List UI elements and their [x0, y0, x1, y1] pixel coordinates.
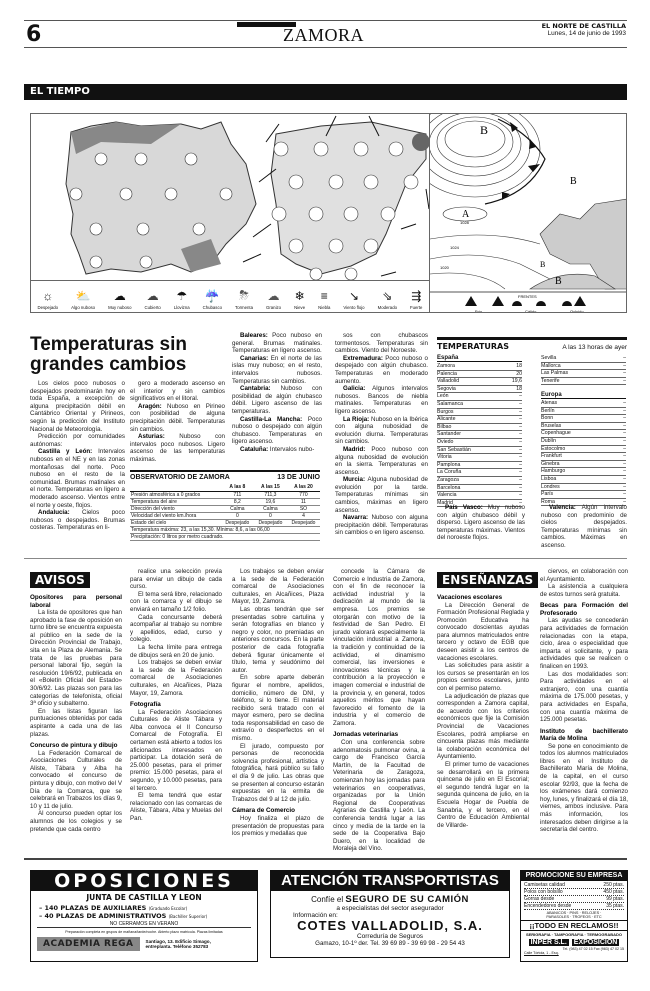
- paragraph: Madrid: Poco nuboso con alguna nubosidad…: [335, 446, 428, 476]
- table-row: Vitoria–: [437, 454, 522, 462]
- paragraph: Cada concursante deberá acompañar al tra…: [130, 614, 222, 644]
- paragraph: Asturias: Nuboso con intervalos poco nub…: [130, 433, 225, 463]
- paragraph: Al concurso pueden optar los alumnos de …: [30, 810, 122, 833]
- ad-address: Santiago, 13. Edificio Simago, entreplan…: [146, 939, 236, 950]
- storm-icon: ⛈: [239, 288, 249, 303]
- svg-text:B: B: [540, 260, 545, 269]
- paragraph: sos con chubascos tormentosos. Temperatu…: [335, 332, 428, 355]
- table-row: Precipitación: 0 litros por metro cuadra…: [130, 533, 320, 540]
- table-row: Frankfurt–: [541, 453, 626, 461]
- ad-banner: NO CERRAMOS EN VERANO: [37, 922, 251, 928]
- avisos-heading: AVISOS: [30, 571, 90, 589]
- paragraph: La adjudicación de plazas que correspond…: [437, 693, 529, 761]
- avisos-col-2: realice una selección previa para enviar…: [130, 568, 222, 823]
- observatory-title: OBSERVATORIO DE ZAMORA: [130, 474, 230, 481]
- ad-address: Gamazo, 10-1º der. Tel. 39 69 89 - 39 69…: [271, 940, 509, 947]
- table-row: Presión atmosférica a 0 grados711711,377…: [130, 491, 320, 498]
- table-row: Las Palmas–: [541, 370, 626, 378]
- paragraph: Las obras tendrán que ser presentadas so…: [232, 606, 324, 674]
- wind-strong-icon: ⇶: [411, 289, 421, 303]
- ad-line: Confíe el SEGURO DE SU CAMIÓN: [271, 894, 509, 905]
- table-row: Palencia20: [437, 371, 522, 379]
- table-row: La Coruña–: [437, 469, 522, 477]
- ensenanzas-heading: ENSEÑANZAS: [437, 571, 538, 589]
- weather-col-4: sos con chubascos tormentosos. Temperatu…: [335, 332, 428, 537]
- header-top-rule: [24, 20, 627, 21]
- table-row: Copenhague–: [541, 430, 626, 438]
- paragraph: Con una conferencia sobre adenomatosis p…: [333, 739, 425, 853]
- legend-item: ⇘Moderado: [378, 289, 397, 310]
- paragraph: realice una selección previa para enviar…: [130, 568, 222, 591]
- wind-light-icon: ↘: [349, 289, 359, 303]
- paragraph: Canarias: En el norte de las islas muy n…: [232, 355, 322, 385]
- paragraph: La Federación Comarcal de Asociaciones C…: [30, 750, 122, 811]
- paragraph: Extremadura: Poco nuboso o despejado con…: [335, 355, 428, 385]
- legend-item: ❄Nieve: [294, 289, 305, 310]
- paragraph: Las solicitudes para asistir a los curso…: [437, 662, 529, 692]
- newspaper-name: EL NORTE DE CASTILLA: [542, 22, 626, 30]
- subheading: Cámara de Comercio: [232, 807, 324, 815]
- legend-item: ⛅Algo nuboso: [71, 289, 95, 310]
- paragraph: La fecha límite para entrega de dibujos …: [130, 644, 222, 659]
- table-row: Pamplona–: [437, 462, 522, 470]
- observatory-table: OBSERVATORIO DE ZAMORA13 DE JUNIO A las …: [130, 470, 320, 541]
- svg-text:B: B: [570, 176, 577, 187]
- ad-transportistas-title: ATENCIÓN TRANSPORTISTAS: [271, 871, 509, 891]
- legend-item: ↘Viento flojo: [343, 289, 364, 310]
- weather-map: [30, 113, 430, 281]
- paragraph: Castilla y León: Intervalos nubosos en e…: [30, 448, 125, 509]
- paragraph: Los cielos poco nubosos o despejados pre…: [30, 380, 125, 433]
- paragraph: Navarra: Nuboso con alguna precipitación…: [335, 514, 428, 537]
- table-row: Hamburgo–: [541, 468, 626, 476]
- ensenanzas-col-2: ciervos, en colaboración con el Ayuntami…: [540, 568, 628, 834]
- weather-legend: ☼Despejado ⛅Algo nuboso ☁Muy nuboso ☁Cub…: [30, 281, 430, 313]
- paragraph: Galicia: Algunos intervalos nubosos. Ban…: [335, 385, 428, 415]
- paragraph: La asistencia a cualquiera de estos turn…: [540, 583, 628, 598]
- weather-band: EL TIEMPO: [24, 84, 627, 100]
- ad-promo-title: PROMOCIONE SU EMPRESA: [521, 871, 627, 881]
- paragraph: Los trabajos se deben enviar a la sede d…: [130, 659, 222, 697]
- legend-item: ≡Niebla: [318, 289, 330, 310]
- paragraph: Valencia: Algún intervalo nuboso con pre…: [541, 504, 627, 550]
- ad-academy: ACADEMIA REGA: [37, 937, 140, 951]
- temperatures-spain: España Zamora18Palencia20Valladolid19,6S…: [437, 355, 522, 507]
- ad-company: COTES VALLADOLID, S.A.: [271, 919, 509, 933]
- ensenanzas-col-1: Vacaciones escolaresLa Dirección General…: [437, 590, 529, 829]
- shower-icon: ☔: [205, 289, 220, 303]
- table-row: Velocidad del viento km./hora004: [130, 512, 320, 519]
- table-row: León–: [437, 393, 522, 401]
- paragraph: Andalucía: Cielos poco nubosos o despeja…: [30, 509, 125, 532]
- paragraph: El tema tendrá que estar relacionado con…: [130, 792, 222, 822]
- ad-line: Correduría de Seguros: [271, 933, 509, 940]
- svg-text:1028: 1028: [460, 220, 470, 225]
- avisos-col-3: Los trabajos se deben enviar a la sede d…: [232, 568, 324, 838]
- paragraph: Castilla-La Mancha: Poco nuboso o despej…: [232, 416, 322, 446]
- price-row: Encendedores desde35 ptas.: [524, 903, 624, 910]
- cloudy-icon: ☁: [114, 289, 126, 303]
- paragraph: La Federación Asociaciones Culturales de…: [130, 709, 222, 793]
- table-row: Barcelona–: [437, 485, 522, 493]
- temperatures-subtitle: A las 13 horas de ayer: [562, 344, 627, 351]
- paragraph: Predicción por comunidades autónomas:: [30, 433, 125, 448]
- weather-col-6: Valencia: Algún intervalo nuboso con pre…: [541, 504, 627, 550]
- table-row: Bruselas–: [541, 423, 626, 431]
- paragraph: Se pone en conocimiento de todos los alu…: [540, 743, 628, 834]
- issue-date: Lunes, 14 de junio de 1993: [542, 30, 626, 37]
- table-row: Mallorca–: [541, 363, 626, 371]
- ad-showroom: EXPOSICION: [572, 939, 620, 946]
- svg-text:B: B: [480, 123, 488, 137]
- avisos-col-1: Opositores para personal laboralLa lista…: [30, 590, 122, 833]
- paragraph: ciervos, en colaboración con el Ayuntami…: [540, 568, 628, 583]
- weather-col-5: País Vasco: Muy nuboso con algún chubasc…: [437, 504, 525, 542]
- ads-divider: [24, 858, 627, 860]
- subheading: Opositores para personal laboral: [30, 594, 122, 609]
- legend-item: ☂Llovizna: [174, 289, 190, 310]
- paragraph: La lista de opositores que han aprobado …: [30, 609, 122, 708]
- section-divider: [24, 558, 627, 559]
- drizzle-icon: ☂: [176, 289, 187, 303]
- hail-icon: ☁: [268, 289, 280, 303]
- table-row: Tenerife–: [541, 378, 626, 386]
- legend-item: ☔Chubasco: [203, 289, 222, 310]
- svg-text:1024: 1024: [450, 245, 460, 250]
- paragraph: País Vasco: Muy nuboso con algún chubasc…: [437, 504, 525, 542]
- svg-text:B: B: [555, 276, 562, 287]
- legend-item: ☁Granizo: [266, 289, 281, 310]
- table-row: Burgos–: [437, 409, 522, 417]
- svg-text:A: A: [462, 209, 470, 220]
- svg-text:Cálido: Cálido: [525, 309, 537, 313]
- paragraph: La Rioja: Nuboso en la Ibérica con algun…: [335, 416, 428, 446]
- paragraph: La Dirección General de Formación Profes…: [437, 602, 529, 663]
- ad-oposiciones[interactable]: OPOSICIONES JUNTA DE CASTILLA Y LEON – 1…: [30, 870, 258, 962]
- section-title: ZAMORA: [283, 25, 364, 46]
- subheading: Jornadas veterinarias: [333, 731, 425, 739]
- paragraph: Cataluña: Intervalos nubo-: [232, 446, 322, 454]
- table-row: Sevilla–: [541, 355, 626, 363]
- wind-moderate-icon: ⇘: [382, 289, 392, 303]
- paragraph: El jurado, compuesto por personas de rec…: [232, 743, 324, 804]
- legend-item: ☁Cubierto: [145, 289, 161, 310]
- isobar-map: B A B B B 1028 1024 1020 FRENTES Frío Cá…: [430, 113, 627, 313]
- snow-icon: ❄: [295, 289, 305, 303]
- table-row: Zamora18: [437, 363, 522, 371]
- subheading: Instituto de bachillerato María de Molin…: [540, 728, 628, 743]
- ad-slogan: ¡¡TODO EN RECLAMOS!!: [521, 920, 627, 931]
- price-row: Camisetas calidad250 ptas.: [524, 882, 624, 889]
- sun-icon: ☼: [42, 289, 53, 303]
- ad-line: – 40 PLAZAS DE ADMINISTRATIVOS (Bachille…: [31, 912, 257, 920]
- table-row: Lisboa–: [541, 476, 626, 484]
- ad-promo[interactable]: PROMOCIONE SU EMPRESA Camisetas calidad2…: [520, 870, 628, 962]
- page-number: 6: [26, 22, 41, 47]
- masthead: EL NORTE DE CASTILLA Lunes, 14 de junio …: [542, 22, 626, 37]
- paragraph: Las ayudas se concederán para actividade…: [540, 617, 628, 670]
- svg-text:1020: 1020: [440, 265, 450, 270]
- temperatures-spain-2: Sevilla–Mallorca–Las Palmas–Tenerife–: [541, 355, 626, 385]
- paragraph: Las dos modalidades son: Para actividade…: [540, 671, 628, 724]
- table-row: Dublín–: [541, 438, 626, 446]
- table-row: Bilbao–: [437, 424, 522, 432]
- header-bottom-rule: [24, 47, 627, 48]
- table-row: Estocolmo–: [541, 446, 626, 454]
- paragraph: En sobre aparte deberán figurar el nombr…: [232, 674, 324, 742]
- ad-address: Calle Tórtola, 1 - Esq.: [521, 951, 627, 955]
- temperatures-europe: Europa Atenas–Berlín–Bonn–Bruselas–Copen…: [541, 392, 626, 506]
- table-row: Alicante–: [437, 416, 522, 424]
- subheading: Concurso de pintura y dibujo: [30, 742, 122, 750]
- ad-company: INPER S.L.: [529, 939, 569, 946]
- price-row: Polos con bolsillo450 ptas.: [524, 889, 624, 896]
- weather-col-3: Baleares: Poco nuboso en general. Brumas…: [232, 332, 322, 454]
- ad-org: JUNTA DE CASTILLA Y LEON: [31, 893, 257, 902]
- table-row: Santander–: [437, 431, 522, 439]
- table-row: Valencia–: [437, 492, 522, 500]
- paragraph: Hoy finaliza el plazo de presentación de…: [232, 815, 324, 838]
- legend-item: ☼Despejado: [38, 289, 59, 310]
- table-row: Bonn–: [541, 415, 626, 423]
- observatory-date: 13 DE JUNIO: [277, 474, 320, 481]
- paragraph: concede la Cámara de Comercio e Industri…: [333, 568, 425, 727]
- table-row: Salamanca–: [437, 401, 522, 409]
- table-row: Zaragoza–: [437, 477, 522, 485]
- subheading: Becas para Formación del Profesorado: [540, 602, 628, 617]
- paragraph: En las listas figuran las puntuaciones o…: [30, 708, 122, 738]
- legend-item: ☁Muy nuboso: [108, 289, 131, 310]
- table-row: Londres–: [541, 484, 626, 492]
- ad-line: a especialistas del sector asegurador: [271, 905, 509, 912]
- price-row: Gorras desde99 ptas.: [524, 896, 624, 903]
- legend-item: ⛈Tormenta: [235, 288, 253, 310]
- avisos-col-4: concede la Cámara de Comercio e Industri…: [333, 568, 425, 853]
- table-row: Valladolid19,6: [437, 378, 522, 386]
- table-row: Dirección del vientoCalmaCalmaSO: [130, 505, 320, 512]
- paragraph: gero a moderado ascenso en el interior y…: [130, 380, 225, 403]
- svg-text:FRENTES: FRENTES: [518, 294, 537, 299]
- paragraph: El tema será libre, relacionado con la c…: [130, 591, 222, 614]
- table-row: Atenas–: [541, 400, 626, 408]
- ad-line: PARASOLES · TROFEOS · ETC: [521, 915, 627, 919]
- ad-line: – 140 PLAZAS DE AUXILIARES (Graduado Esc…: [31, 904, 257, 912]
- overcast-icon: ☁: [147, 289, 159, 303]
- svg-text:Frío: Frío: [475, 309, 483, 313]
- ad-oposiciones-title: OPOSICIONES: [31, 871, 257, 891]
- temperatures-table: TEMPERATURASA las 13 horas de ayer: [437, 337, 627, 351]
- table-row: Temperatura máxima: 23, a las 15,30. Mín…: [130, 526, 320, 533]
- ad-services: SERIGRAFIA · TAMPOGRAFIA · TERMOGRABADO: [521, 932, 627, 937]
- ad-transportistas[interactable]: ATENCIÓN TRANSPORTISTAS Confíe el SEGURO…: [270, 870, 510, 958]
- paragraph: Aragón: Nuboso en Pirineo con posibilida…: [130, 403, 225, 433]
- subheading: Vacaciones escolares: [437, 594, 529, 602]
- weather-col-1: Los cielos poco nubosos o despejados pre…: [30, 380, 125, 532]
- fog-icon: ≡: [321, 289, 328, 303]
- paragraph: Los trabajos se deben enviar a la sede d…: [232, 568, 324, 606]
- svg-text:Ocluido: Ocluido: [570, 309, 584, 313]
- table-row: Ginebra–: [541, 461, 626, 469]
- legend-item: ⇶Fuerte: [410, 289, 422, 310]
- table-row: Oviedo–: [437, 439, 522, 447]
- paragraph: El primer turno de vacaciones se desarro…: [437, 761, 529, 829]
- table-row: Berlín–: [541, 408, 626, 416]
- paragraph: Cantabria: Nuboso con posibilidad de alg…: [232, 385, 322, 415]
- sun-cloud-icon: ⛅: [76, 289, 91, 303]
- table-row: Temperatura del aire8,219,611: [130, 498, 320, 505]
- weather-headline: Temperaturas sin grandes cambios: [30, 335, 230, 375]
- paragraph: Baleares: Poco nuboso en general. Brumas…: [232, 332, 322, 355]
- weather-col-2: gero a moderado ascenso en el interior y…: [130, 380, 225, 464]
- temperatures-title: TEMPERATURAS: [437, 342, 509, 351]
- table-row: San Sebastián–: [437, 447, 522, 455]
- paragraph: Murcia: Alguna nubosidad de evolución po…: [335, 476, 428, 514]
- subheading: Fotografía: [130, 701, 222, 709]
- table-row: París–: [541, 491, 626, 499]
- table-row: Estado del cieloDespejadoDespejadoDespej…: [130, 519, 320, 526]
- ad-fine-print: Preparación completa en grupos de mañana…: [31, 930, 257, 934]
- table-row: Segovia18: [437, 386, 522, 394]
